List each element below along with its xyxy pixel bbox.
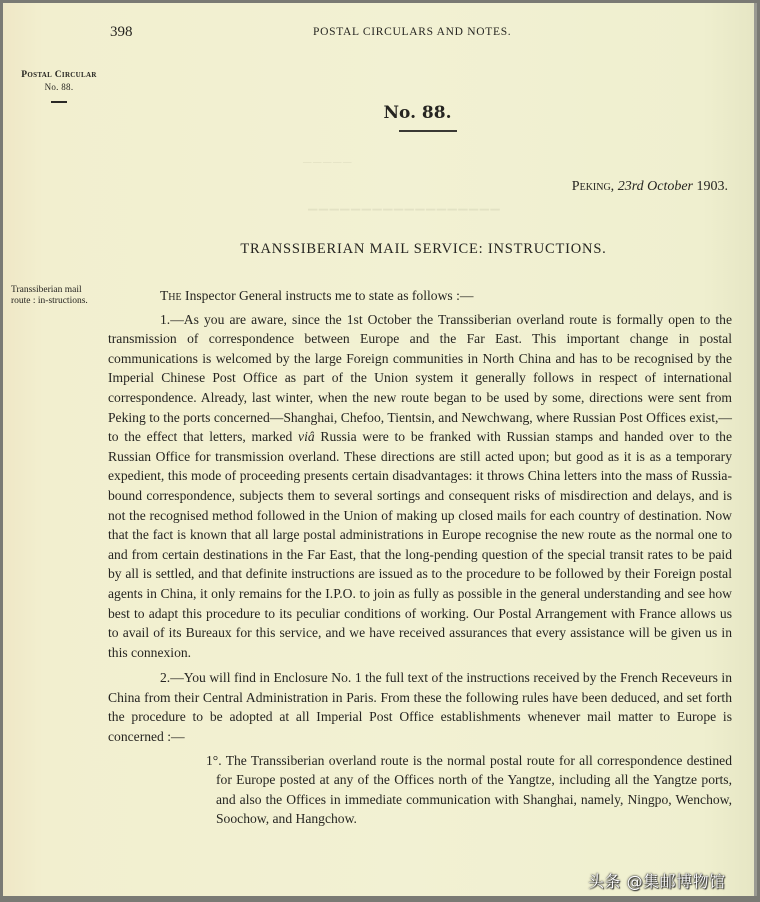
heading-rule-divider	[399, 130, 457, 132]
document-page: 398 POSTAL CIRCULARS AND NOTES. Postal C…	[3, 3, 757, 896]
body-text: The Inspector General instructs me to st…	[108, 286, 732, 829]
margin-label-line1: Postal Circular	[9, 69, 109, 81]
page-frame: 398 POSTAL CIRCULARS AND NOTES. Postal C…	[0, 0, 760, 902]
margin-label-line2: No. 88.	[9, 81, 109, 93]
dateline-year: 1903.	[697, 179, 729, 194]
page-number: 398	[110, 24, 133, 41]
margin-circular-label: Postal Circular No. 88.	[9, 69, 109, 103]
margin-sidenote: Transsiberian mail route : in-structions…	[11, 285, 91, 307]
dateline: Peking, 23rd October 1903.	[572, 179, 728, 195]
paragraph-1-text-b: Russia were to be franked with Russian s…	[108, 429, 732, 660]
paragraph-1-text-a: 1.—As you are aware, since the 1st Octob…	[108, 312, 732, 445]
rule-item-1: 1°. The Transsiberian overland route is …	[108, 751, 732, 829]
document-title: TRANSSIBERIAN MAIL SERVICE: INSTRUCTIONS…	[3, 241, 754, 258]
intro-paragraph: The Inspector General instructs me to st…	[108, 286, 732, 306]
source-watermark: 头条 @集邮博物馆	[588, 869, 726, 892]
running-title: POSTAL CIRCULARS AND NOTES.	[313, 26, 511, 38]
circular-number-heading: No. 88.	[3, 103, 754, 123]
paragraph-1-via: viâ	[298, 429, 315, 444]
intro-text: Inspector General instructs me to state …	[182, 288, 474, 303]
dateline-place: Peking,	[572, 179, 614, 194]
dateline-date: 23rd October	[618, 179, 693, 194]
intro-first-word: The	[160, 288, 182, 303]
bleed-through-mark: ▔▔▔▔▔▔▔▔▔▔▔▔▔▔▔▔▔▔	[308, 209, 501, 224]
bleed-through-mark: ─────	[303, 155, 353, 170]
paragraph-1: 1.—As you are aware, since the 1st Octob…	[108, 310, 732, 663]
running-head: 398 POSTAL CIRCULARS AND NOTES.	[3, 26, 754, 42]
paragraph-2: 2.—You will find in Enclosure No. 1 the …	[108, 668, 732, 746]
